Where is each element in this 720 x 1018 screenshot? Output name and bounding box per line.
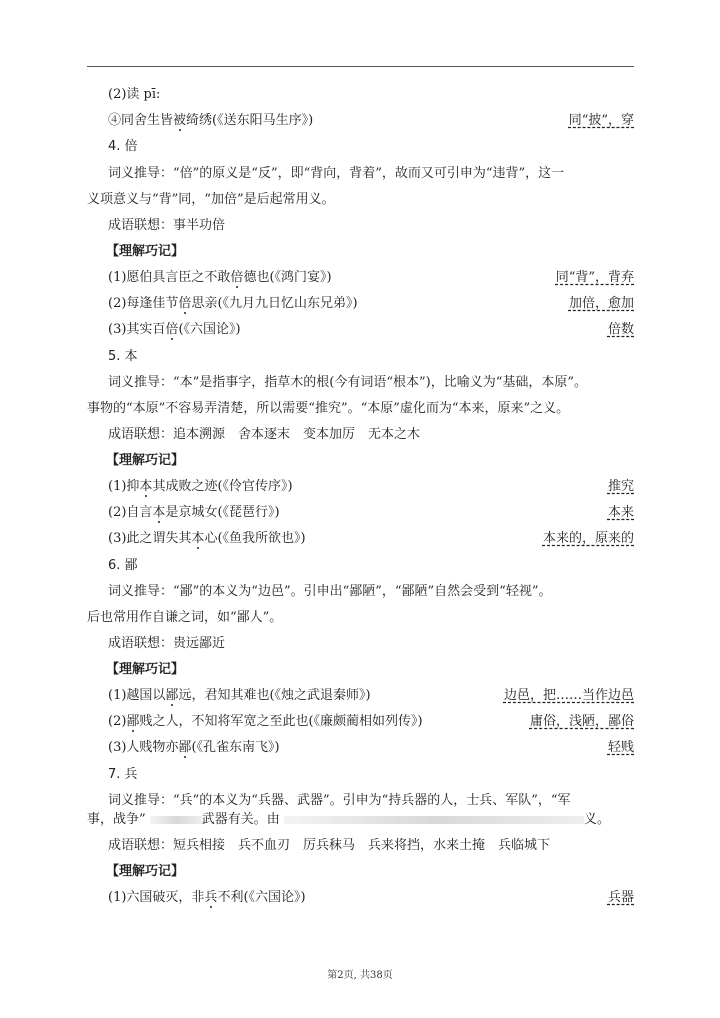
entry-heading-bei: 4. 倍	[108, 138, 634, 156]
etymology-paragraph-cont: 义项意义与“背”同，“加倍”是后起常用义。	[87, 191, 634, 209]
example-text: (3)其实百	[108, 322, 165, 337]
example-bi-3: (3)人贱物亦鄙(《孔雀东南飞》) 轻贱	[108, 739, 634, 757]
etymology-paragraph: 词义推导：“鄙”的本义为“边邑”。引申出“鄙陋”，“鄙陋”自然会受到“轻视”。	[108, 583, 634, 601]
example-source: 德也(《鸿门宴》)	[243, 270, 331, 285]
example-text: (2)每逢佳节	[108, 296, 178, 311]
example-text: (2)自言	[108, 505, 152, 520]
emphasized-char: 本	[139, 479, 152, 494]
section-tag-understand: 【理解巧记】	[106, 452, 634, 470]
section-tag-understand: 【理解巧记】	[106, 863, 634, 881]
etymology-paragraph: 词义推导：“倍”的原义是“反”，即“背向，背着”，故而又可引申为“违背”，这一	[108, 165, 634, 183]
paragraph-fragment: 义。	[584, 812, 610, 827]
idiom-association: 成语联想：短兵相接 兵不血刃 厉兵秣马 兵来将挡，水来土掩 兵临城下	[108, 837, 634, 855]
example-answer: 本来的，原来的	[543, 530, 634, 548]
example-answer: 庸俗，浅陋，鄙俗	[530, 713, 634, 731]
scan-smudge	[284, 816, 584, 824]
example-answer: 本来	[608, 504, 634, 522]
emphasized-char: 鄙	[126, 714, 139, 729]
example-answer: 兵器	[608, 889, 634, 907]
idiom-association: 成语联想：贵远鄙近	[108, 635, 634, 653]
example-source: (《孔雀东南飞》)	[191, 740, 279, 755]
example-answer: 边邑，把……当作边邑	[504, 687, 634, 705]
example-bei-1: (1)愿伯具言臣之不敢倍德也(《鸿门宴》) 同“背”，背弃	[108, 269, 634, 287]
example-text: (1)抑	[108, 479, 139, 494]
example-source: 不利(《六国论》)	[217, 890, 305, 905]
example-text: ④同舍生皆	[108, 113, 173, 128]
example-source: 心(《鱼我所欲也》)	[204, 531, 305, 546]
page-number-footer: 第2页, 共38页	[0, 966, 720, 981]
scan-smudge	[150, 816, 202, 824]
etymology-paragraph: 词义推导：“兵”的本义为“兵器、武器”。引申为“持兵器的人，士兵、军队”，“军	[108, 792, 634, 810]
etymology-paragraph: 词义推导：“本”是指事字，指草木的根(今有词语“根本”)，比喻义为“基础，本原”…	[108, 374, 634, 392]
example-text: (1)六国破灭，非	[108, 890, 204, 905]
etymology-paragraph-cont: 事物的“本原”不容易弄清楚，所以需要“推究”。“本原”虚化而为“本来，原来”之义…	[87, 400, 634, 418]
example-ben-2: (2)自言本是京城女(《琵琶行》) 本来	[108, 504, 634, 522]
emphasized-char: 倍	[230, 270, 243, 285]
etymology-paragraph-cont: 事，战争” 武器有关。由 义。	[87, 811, 634, 829]
example-source: 绮绣(《送东阳马生序》)	[186, 113, 313, 128]
example-bi-1: (1)越国以鄙远，君知其难也(《烛之武退秦师》) 边邑，把……当作边邑	[108, 687, 634, 705]
example-source: 其成败之迹(《伶官传序》)	[152, 479, 292, 494]
example-text: (1)越国以	[108, 688, 165, 703]
example-source: (《六国论》)	[178, 322, 240, 337]
example-text: (1)愿伯具言臣之不敢	[108, 270, 230, 285]
example-bei-2: (2)每逢佳节倍思亲(《九月九日忆山东兄弟》) 加倍，愈加	[108, 295, 634, 313]
example-text: (2)	[108, 714, 126, 729]
idiom-association: 成语联想：追本溯源 舍本逐末 变本加厉 无本之木	[108, 426, 634, 444]
example-bei-3: (3)其实百倍(《六国论》) 倍数	[108, 321, 634, 339]
emphasized-char: 兵	[204, 890, 217, 905]
emphasized-char: 倍	[178, 296, 191, 311]
emphasized-char: 倍	[165, 322, 178, 337]
paragraph-fragment: 武器有关。由	[202, 812, 280, 827]
example-source: 思亲(《九月九日忆山东兄弟》)	[191, 296, 357, 311]
emphasized-char: 鄙	[178, 740, 191, 755]
example-ben-3: (3)此之谓失其本心(《鱼我所欲也》) 本来的，原来的	[108, 530, 634, 548]
entry-heading-bing: 7. 兵	[108, 766, 634, 784]
emphasized-char: 鄙	[165, 688, 178, 703]
example-answer: 同“披”，穿	[569, 112, 634, 130]
example-source: 贱之人，不知将军宽之至此也(《廉颇蔺相如列传》)	[139, 714, 422, 729]
example-ben-1: (1)抑本其成败之迹(《伶官传序》) 推究	[108, 478, 634, 496]
emphasized-char: 本	[152, 505, 165, 520]
example-source: 远，君知其难也(《烛之武退秦师》)	[178, 688, 370, 703]
paragraph-fragment: 事，战争”	[87, 812, 146, 827]
example-bing-1: (1)六国破灭，非兵不利(《六国论》) 兵器	[108, 889, 634, 907]
section-tag-understand: 【理解巧记】	[106, 243, 634, 261]
example-answer: 加倍，愈加	[569, 295, 634, 313]
example-pi-4: ④同舍生皆被绮绣(《送东阳马生序》) 同“披”，穿	[108, 112, 634, 130]
example-answer: 推究	[608, 478, 634, 496]
etymology-paragraph-cont: 后也常用作自谦之词，如“鄙人”。	[87, 609, 634, 627]
header-rule	[87, 66, 634, 67]
example-bi-2: (2)鄙贱之人，不知将军宽之至此也(《廉颇蔺相如列传》) 庸俗，浅陋，鄙俗	[108, 713, 634, 731]
example-source: 是京城女(《琵琶行》)	[165, 505, 279, 520]
idiom-association: 成语联想：事半功倍	[108, 217, 634, 235]
emphasized-char: 本	[191, 531, 204, 546]
subheading-read-pi: (2)读 pī:	[108, 86, 634, 104]
example-answer: 倍数	[608, 321, 634, 339]
emphasized-char: 被	[173, 113, 186, 128]
section-tag-understand: 【理解巧记】	[106, 661, 634, 679]
entry-heading-ben: 5. 本	[108, 348, 634, 366]
example-answer: 轻贱	[608, 739, 634, 757]
example-text: (3)此之谓失其	[108, 531, 191, 546]
example-text: (3)人贱物亦	[108, 740, 178, 755]
entry-heading-bi: 6. 鄙	[108, 557, 634, 575]
example-answer: 同“背”，背弃	[556, 269, 634, 287]
